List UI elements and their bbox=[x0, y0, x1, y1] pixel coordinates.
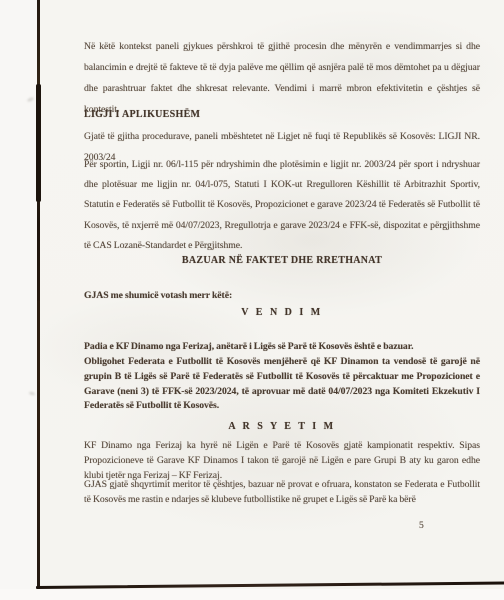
heading-reasoning: A R S Y E T I M bbox=[84, 421, 480, 432]
page-left-margin bbox=[0, 0, 37, 600]
paragraph-claim-founded: Padia e KF Dinamo nga Ferizaj, anëtarë i… bbox=[84, 336, 480, 357]
heading-based-on-facts: BAZUAR NË FAKTET DHE RRETHANAT bbox=[84, 255, 480, 266]
heading-decision: V E N D I M bbox=[84, 307, 480, 318]
heading-applicable-law: LIGJI I APLIKUESHËM bbox=[84, 109, 480, 120]
paragraph-gjas-majority-vote: GJAS me shumicë votash merr këtë: bbox=[84, 285, 480, 306]
page-left-edge-line bbox=[37, 0, 40, 589]
paragraph-sport-law-references: Për sportin, Ligji nr. 06/l-115 për ndry… bbox=[84, 155, 480, 256]
paragraph-kf-dinamo-entry: KF Dinamo nga Ferizaj ka hyrë në Ligën e… bbox=[84, 439, 480, 483]
document-content: Në këtë kontekst paneli gjykues përshkro… bbox=[84, 0, 480, 600]
paragraph-gjas-merit-review: GJAS gjatë shqyrtimit meritor të çështje… bbox=[84, 478, 480, 508]
page-number: 5 bbox=[419, 521, 424, 531]
paragraph-judging-panel-context: Në këtë kontekst paneli gjykues përshkro… bbox=[84, 36, 480, 120]
scanned-page: Në këtë kontekst paneli gjykues përshkro… bbox=[0, 0, 504, 600]
paragraph-obligation-ffk: Obligohet Federata e Futbollit të Kosovë… bbox=[84, 355, 480, 414]
